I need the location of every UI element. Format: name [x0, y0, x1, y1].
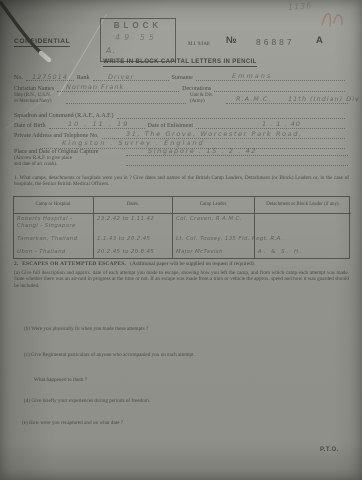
ship-label-line2: or Merchant Navy): [14, 99, 51, 105]
camp-row2: Tamarkan, Thailand: [14, 234, 93, 247]
dates-header: Dates.: [94, 197, 172, 214]
serial-number: 86887: [256, 37, 295, 47]
block-stamp-box: BLOCK 49 55 A.: [100, 18, 176, 62]
block-letter-handwritten: A.: [106, 47, 116, 54]
unit-div-label: Unit & Div. (Army): [190, 93, 213, 104]
ship-label-line1: Ship (R.N., U.S.N.: [14, 93, 51, 99]
camps-table-col-dates: Dates. 23.2.42 to 1.11.42 1.1.43 to 20.2…: [94, 197, 173, 258]
unit-div-label-line1: Unit & Div.: [190, 93, 213, 99]
unit-div-value: R.A.M.C.: [236, 96, 272, 103]
question-2-heading: 2. ESCAPES OR ATTEMPTED ESCAPES. (Additi…: [14, 261, 349, 267]
dotted-line: [226, 103, 348, 104]
dotted-line: [57, 91, 179, 92]
dotted-line: [196, 80, 345, 81]
leader-header: Camp Leader.: [173, 197, 254, 214]
camps-table-col-detachment: Detachment or Block Leader (if any). A. …: [255, 197, 351, 258]
camp-row3: Ubon - Thailand: [14, 247, 93, 258]
block-number-handwritten: 49 55: [115, 34, 158, 41]
christian-names-label: Christian Names: [14, 86, 54, 93]
form-reference: M.I. 9/JAP.: [188, 41, 210, 48]
question-2e: (e) How were you recaptured and on what …: [22, 420, 342, 426]
question-2-number: 2.: [14, 261, 18, 267]
unit-div-label-line2: (Army): [190, 99, 213, 105]
question-2c2: What happened to them ?: [34, 377, 334, 383]
no-value: 1275014: [32, 74, 68, 81]
rank-value: Driver: [108, 74, 134, 81]
dotted-line: [126, 155, 348, 156]
leader-row3: Major McTavish: [173, 247, 254, 258]
row-christian-decorations: Christian Names Decorations: [14, 83, 348, 93]
question-2-title: ESCAPES OR ATTEMPTED ESCAPES.: [22, 261, 126, 267]
christian-names-value: Norman Frank: [66, 84, 124, 91]
detachment-row1: [255, 214, 351, 234]
ship-label: Ship (R.N., U.S.N. or Merchant Navy): [14, 93, 51, 104]
camps-table-col-leader: Camp Leader. Col. Craven, R.A.M.C. Lt. C…: [173, 197, 255, 258]
detachment-row2: [255, 234, 351, 247]
date-of-birth-value: 10 . 11 . 19: [68, 121, 129, 128]
rank-label: Rank: [77, 75, 90, 82]
squadron-label: Squadron and Command (R.A.F., A.A.F.): [14, 113, 114, 120]
pencil-instruction-text: WRITE IN BLOCK CAPITAL LETTERS IN PENCIL: [103, 59, 256, 67]
red-pencil-scribble: [318, 6, 350, 32]
camps-table: Camp or Hospital. Roberts Hospital - Cha…: [13, 196, 350, 259]
no-label: No.: [14, 75, 23, 82]
unit-div-value2: 11th (Indian) Div.: [288, 96, 362, 103]
capture-sub1: (Aircrew R.A.F. to give place: [14, 156, 72, 162]
dotted-line: [214, 91, 345, 92]
date-of-birth-label: Date of Birth: [14, 123, 46, 130]
numero-symbol: №: [226, 35, 237, 46]
pencil-instruction: WRITE IN BLOCK CAPITAL LETTERS IN PENCIL: [90, 59, 270, 65]
dotted-line: [126, 165, 348, 166]
question-1-text: 1. What camps, detachments or hospitals …: [14, 175, 349, 188]
dotted-line: [66, 103, 186, 104]
surname-value: Emmans: [232, 73, 272, 80]
capture-sub2: and date of a/c crash).: [14, 162, 57, 168]
leader-row1: Col. Craven, R.A.M.C.: [173, 214, 254, 234]
scanned-form-page: 1136 CONFIDENTIAL BLOCK 49 55 A. M.I. 9/…: [0, 0, 362, 480]
leader-row2: Lt. Col. Toosey, 135 Fld. Regt. R.A.: [173, 234, 254, 247]
surname-label: Surname: [172, 75, 193, 82]
block-stamp-text: BLOCK: [101, 21, 175, 30]
dates-row2: 1.1.43 to 20.2.45: [94, 234, 172, 247]
private-address-line2: Kingston . Surrey . England: [62, 140, 205, 147]
pencil-annotation: 1136: [288, 2, 313, 11]
series-letter: A: [316, 35, 323, 46]
camp-header: Camp or Hospital.: [14, 197, 93, 214]
question-2a: (a) Give full description and approx. da…: [14, 270, 349, 289]
dotted-line: [196, 128, 345, 129]
row-squadron: Squadron and Command (R.A.F., A.A.F.): [14, 110, 348, 120]
date-of-enlistment-value: 1 . 1 . 40: [262, 121, 301, 128]
question-2-note: (Additional paper will be supplied on re…: [130, 261, 255, 267]
detachment-header: Detachment or Block Leader (if any).: [255, 197, 351, 214]
question-2d: (d) Give briefly your experiences during…: [24, 398, 344, 404]
detachment-row3: A. & S. H.: [255, 247, 351, 258]
capture-value: Singapore . 15 . 2 . 42: [148, 148, 257, 155]
decorations-label: Decorations: [182, 86, 211, 93]
private-address-line1: 31, The Grove, Worcester Park Road,: [126, 131, 303, 138]
dotted-line: [49, 128, 145, 129]
dotted-line: [117, 118, 345, 119]
pto-marking: P.T.O.: [320, 447, 339, 453]
camp-row1: Roberts Hospital - Changi - Singapore: [14, 214, 93, 234]
treasury-tag-cord: [0, 0, 64, 72]
date-of-enlistment-label: Date of Enlistment: [148, 123, 193, 130]
camps-table-col-camp: Camp or Hospital. Roberts Hospital - Cha…: [14, 197, 94, 258]
dates-row3: 20.2.45 to 20.8.45: [94, 247, 172, 258]
confidential-marking: CONFIDENTIAL: [14, 38, 70, 47]
question-2b: (b) Were you physically fit when you mad…: [24, 326, 344, 332]
dates-row1: 23.2.42 to 1.11.42: [94, 214, 172, 234]
question-2c: (c) Give Regimental particulars of anyon…: [24, 352, 344, 358]
capture-label: Place and Date of Original Capture: [14, 149, 98, 156]
